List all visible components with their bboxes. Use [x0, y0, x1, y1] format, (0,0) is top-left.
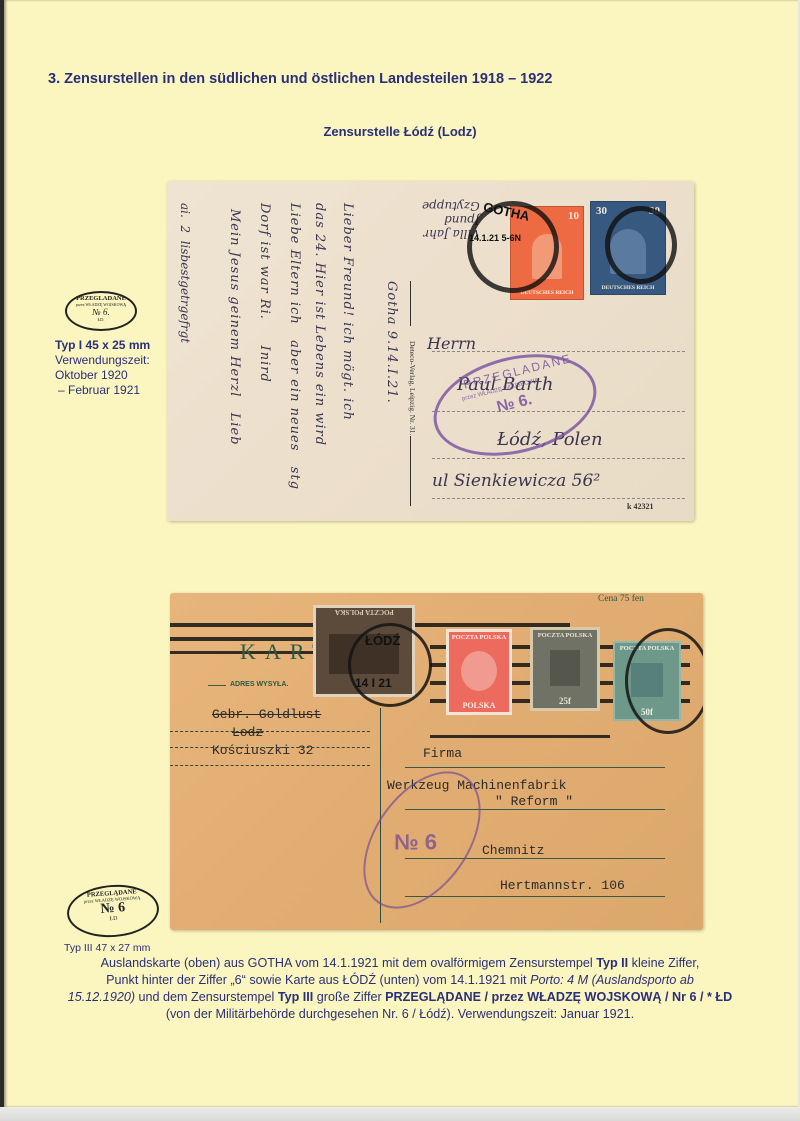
card-price: Cena 75 fen — [598, 594, 644, 604]
caption-italic: 15.12.1920) — [68, 990, 135, 1004]
handwriting-column: ai. 2 lisbestgetrgefrgt — [178, 203, 192, 343]
stamp-number: № 6. — [67, 307, 135, 317]
usage-label: Verwendungszeit: — [55, 353, 150, 368]
page-bottom-edge — [0, 1107, 800, 1121]
stamp-country: POCZTA POLSKA — [538, 630, 593, 639]
handwriting-column: Mein Jesus geinem Herzl Lieb — [227, 209, 242, 446]
description-caption: Auslandskarte (oben) aus GOTHA vom 14.1.… — [50, 955, 750, 1023]
usage-to: – Februar 1921 — [55, 383, 150, 398]
caption-text: kleine Ziffer, — [628, 956, 699, 970]
address-line — [432, 458, 685, 459]
sender-line-3: Kościuszki 32 — [212, 743, 313, 758]
recipient-line-1: Firma — [423, 746, 462, 761]
stamp-poland-red: POCZTA POLSKA POLSKA — [446, 629, 512, 715]
address-line-1: Herrn — [427, 334, 476, 353]
divider-line — [410, 436, 411, 506]
address-line — [432, 498, 685, 499]
stamp-type-1-info: Typ I 45 x 25 mm Verwendungszeit: Oktobe… — [55, 338, 150, 398]
postcard-lodz: KARTA Cena 75 fen ADRES WYSYŁA. POCZTA P… — [170, 593, 703, 930]
usage-from: Oktober 1920 — [55, 368, 150, 383]
censor-number: № 6. — [495, 391, 534, 417]
censor-stamp-type-2: PRZEGLADANE przez WŁADZĘ WOJSKOWĄ № 6. — [423, 338, 607, 471]
sender-line-1: Gebr. Goldlust — [212, 707, 321, 722]
stamp-text-top: PRZEGLADANE — [67, 295, 135, 302]
handwriting-column: Dorf ist war Ri. Inird — [257, 203, 272, 383]
handwriting-column: das 24. Hier ist Lebens ein wird — [312, 203, 327, 446]
stamp-country: POCZTA POLSKA — [452, 632, 507, 641]
stamp-type-1-label: Typ I 45 x 25 mm — [55, 338, 150, 353]
stamp-country: DEUTSCHES REICH — [521, 290, 574, 299]
caption-text: große Ziffer — [313, 990, 385, 1004]
sender-rule — [170, 747, 370, 748]
stamp-type-3-label: Typ III 47 x 27 mm — [64, 941, 150, 956]
handwriting-column: Liebe Eltern ich aber ein neues stg — [287, 203, 302, 490]
postcard-gotha: ai. 2 lisbestgetrgefrgt Mein Jesus geine… — [167, 181, 694, 521]
recipient-rule — [405, 767, 665, 768]
stamp-country: POCZTA POLSKA — [335, 608, 394, 619]
sender-line — [208, 685, 226, 686]
eagle-emblem — [461, 651, 497, 691]
handwriting-column: Lieber Freund! ich mögt. ich — [340, 203, 355, 421]
stamp-text-bottom: ŁD. — [67, 317, 135, 322]
sender-rule — [170, 731, 370, 732]
stamp-country: DEUTSCHES REICH — [602, 285, 655, 294]
postmark-date: 14.1.21 5-6N — [469, 233, 521, 243]
divider-line — [410, 281, 411, 326]
cancel-bar — [430, 735, 610, 738]
stamp-poland-25f: POCZTA POLSKA 25f — [530, 627, 600, 711]
caption-italic: Porto: 4 M (Auslandsporto ab — [530, 973, 694, 987]
postmark-date: 14 I 21 — [355, 676, 392, 690]
postmark-city: ŁÓDŹ — [365, 633, 400, 648]
caption-text: Punkt hinter der Ziffer „6“ sowie Karte … — [106, 973, 530, 987]
caption-bold: Typ II — [596, 956, 628, 970]
stamp-value: 10 — [564, 207, 583, 222]
caption-text: Auslandskarte (oben) aus GOTHA vom 14.1.… — [101, 956, 597, 970]
censor-stamp-type-3: № 6 — [339, 750, 504, 930]
stamp-value: 30 — [596, 205, 607, 217]
recipient-line-5: Hertmannstr. 106 — [500, 878, 625, 893]
sender-line-2: Lodz — [232, 725, 263, 740]
publisher-imprint: Deteco-Verlag, Leipzig. Nr. 31. — [408, 341, 417, 435]
message-date: Gotha 9.14.I.21. — [384, 281, 399, 404]
card-serial: k 42321 — [627, 502, 653, 511]
caption-text: und dem Zensurstempel — [135, 990, 278, 1004]
page-title: 3. Zensurstellen in den südlichen und ös… — [48, 71, 552, 87]
caption-bold: Typ III — [278, 990, 313, 1004]
stamp-value: 25f — [559, 696, 571, 708]
postmark-lodz-second — [625, 628, 703, 734]
page-subtitle: Zensurstelle Łódź (Lodz) — [0, 124, 800, 139]
address-line-4: ul Sienkiewicza 56² — [432, 471, 600, 491]
postmark-gotha-second — [605, 206, 677, 284]
sender-label: ADRES WYSYŁA. — [230, 681, 288, 688]
recipient-line-3: " Reform " — [495, 794, 573, 809]
sender-rule — [170, 765, 370, 766]
recipient-line-4: Chemnitz — [482, 843, 544, 858]
caption-text: (von der Militärbehörde durchgesehen Nr.… — [50, 1006, 750, 1023]
caption-bold: PRZEGLĄDANE / przez WŁADZĘ WOJSKOWĄ / Nr… — [385, 990, 732, 1004]
censor-stamp-type-1-image: PRZEGLADANE przez WŁADZĘ WOJSKOWĄ № 6. Ł… — [65, 291, 137, 331]
censor-number: № 6 — [394, 829, 437, 855]
eagle-emblem — [550, 650, 580, 686]
recipient-rule — [405, 896, 665, 897]
